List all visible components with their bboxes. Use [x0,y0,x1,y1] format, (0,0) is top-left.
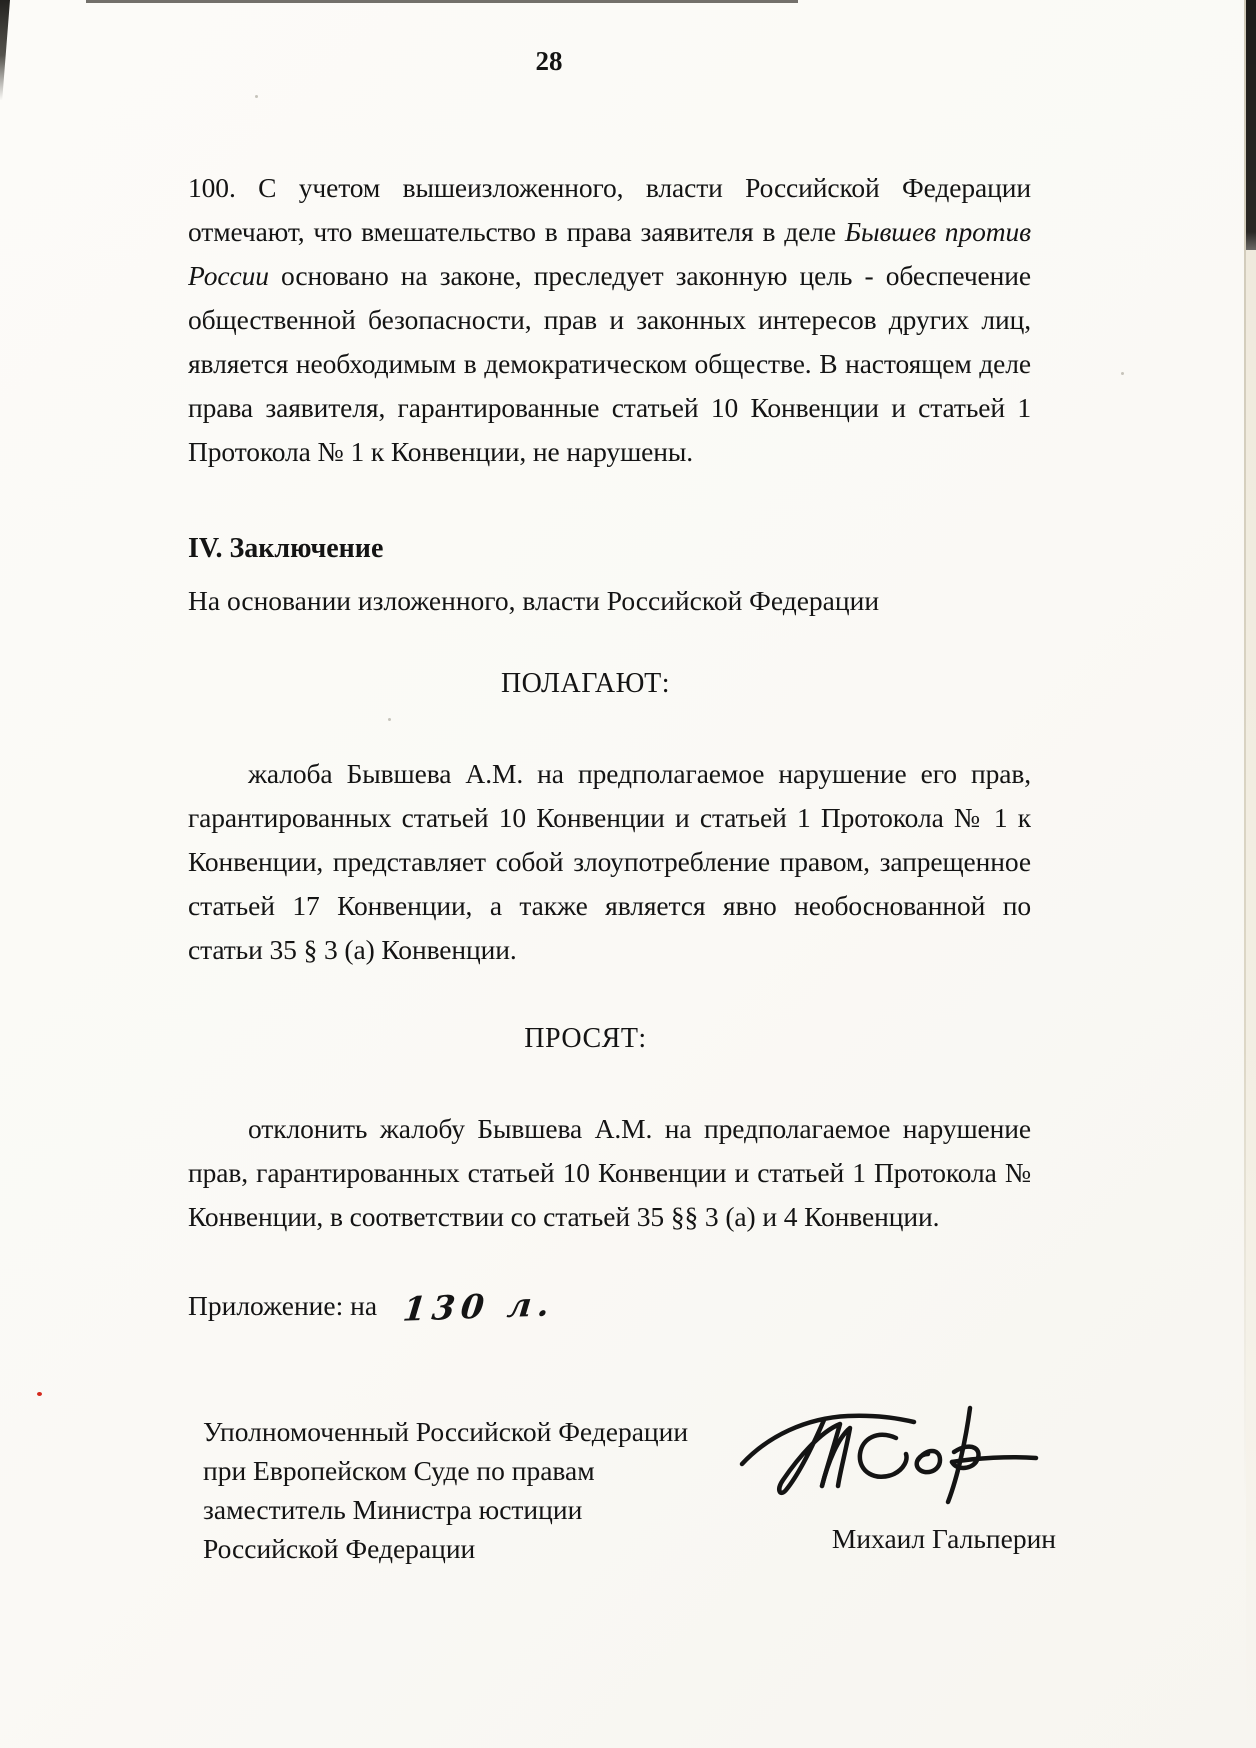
text-line: заместитель Министра юстиции [203,1490,703,1529]
section-heading: IV. Заключение [188,527,383,571]
believe-paragraph: жалоба Бывшева А.М. на предполагаемое на… [188,752,1031,972]
scan-paper-edge-strip [1246,250,1256,1748]
page-number: 28 [0,46,1098,77]
scanned-document-page: 28 100. С учетом вышеизложенного, власти… [0,0,1256,1748]
text-line: является необходимым в демократическом о… [188,342,1031,386]
believe-header: ПОЛАГАЮТ: [188,662,983,706]
text-line: общественной безопасности, прав и законн… [188,298,1031,342]
scan-edge-top [86,0,798,3]
signatory-name: Михаил Гальперин [700,1519,1056,1559]
request-header: ПРОСЯТ: [188,1017,983,1061]
dust-speck [388,718,391,721]
request-paragraph: отклонить жалобу Бывшева А.М. на предпол… [188,1107,1031,1239]
text-line: России основано на законе, преследует за… [188,254,1031,298]
scan-paper-edge-line [1244,0,1246,1500]
red-ink-speck [37,1392,42,1396]
attachment-label: Приложение: на [188,1290,377,1321]
text-line: прав, гарантированных статьей 10 Конвенц… [188,1151,1031,1195]
attachment-line: Приложение: на130 л. [188,1284,555,1329]
text-line: Конвенции, в соответствии со статьей 35 … [188,1195,1031,1239]
dust-speck [255,95,258,98]
scan-edge-right-dark [1246,0,1256,290]
conclusion-intro: На основании изложенного, власти Российс… [188,579,879,623]
text-line: гарантированных статьей 10 Конвенции и с… [188,796,1031,840]
text-line: статьей 17 Конвенции, а также является я… [188,884,1031,928]
text-line: отклонить жалобу Бывшева А.М. на предпол… [188,1107,1031,1151]
paragraph-100: 100. С учетом вышеизложенного, власти Ро… [188,166,1031,474]
text-line: отмечают, что вмешательство в права заяв… [188,210,1031,254]
attachment-handwritten-value: 130 л. [401,1282,558,1331]
text-line: Протокола № 1 к Конвенции, не нарушены. [188,430,1031,474]
signature-scribble [728,1398,1048,1528]
signatory-title: Уполномоченный Российской Федерациипри Е… [203,1412,703,1568]
text-line: при Европейском Суде по правам человека … [203,1451,703,1490]
text-line: Российской Федерации [203,1529,703,1568]
text-line: 100. С учетом вышеизложенного, власти Ро… [188,166,1031,210]
text-line: Уполномоченный Российской Федерации [203,1412,703,1451]
dust-speck [1121,372,1124,375]
text-line: жалоба Бывшева А.М. на предполагаемое на… [188,752,1031,796]
text-line: права заявителя, гарантированные статьей… [188,386,1031,430]
text-line: статьи 35 § 3 (а) Конвенции. [188,928,1031,972]
text-line: Конвенции, представляет собой злоупотреб… [188,840,1031,884]
